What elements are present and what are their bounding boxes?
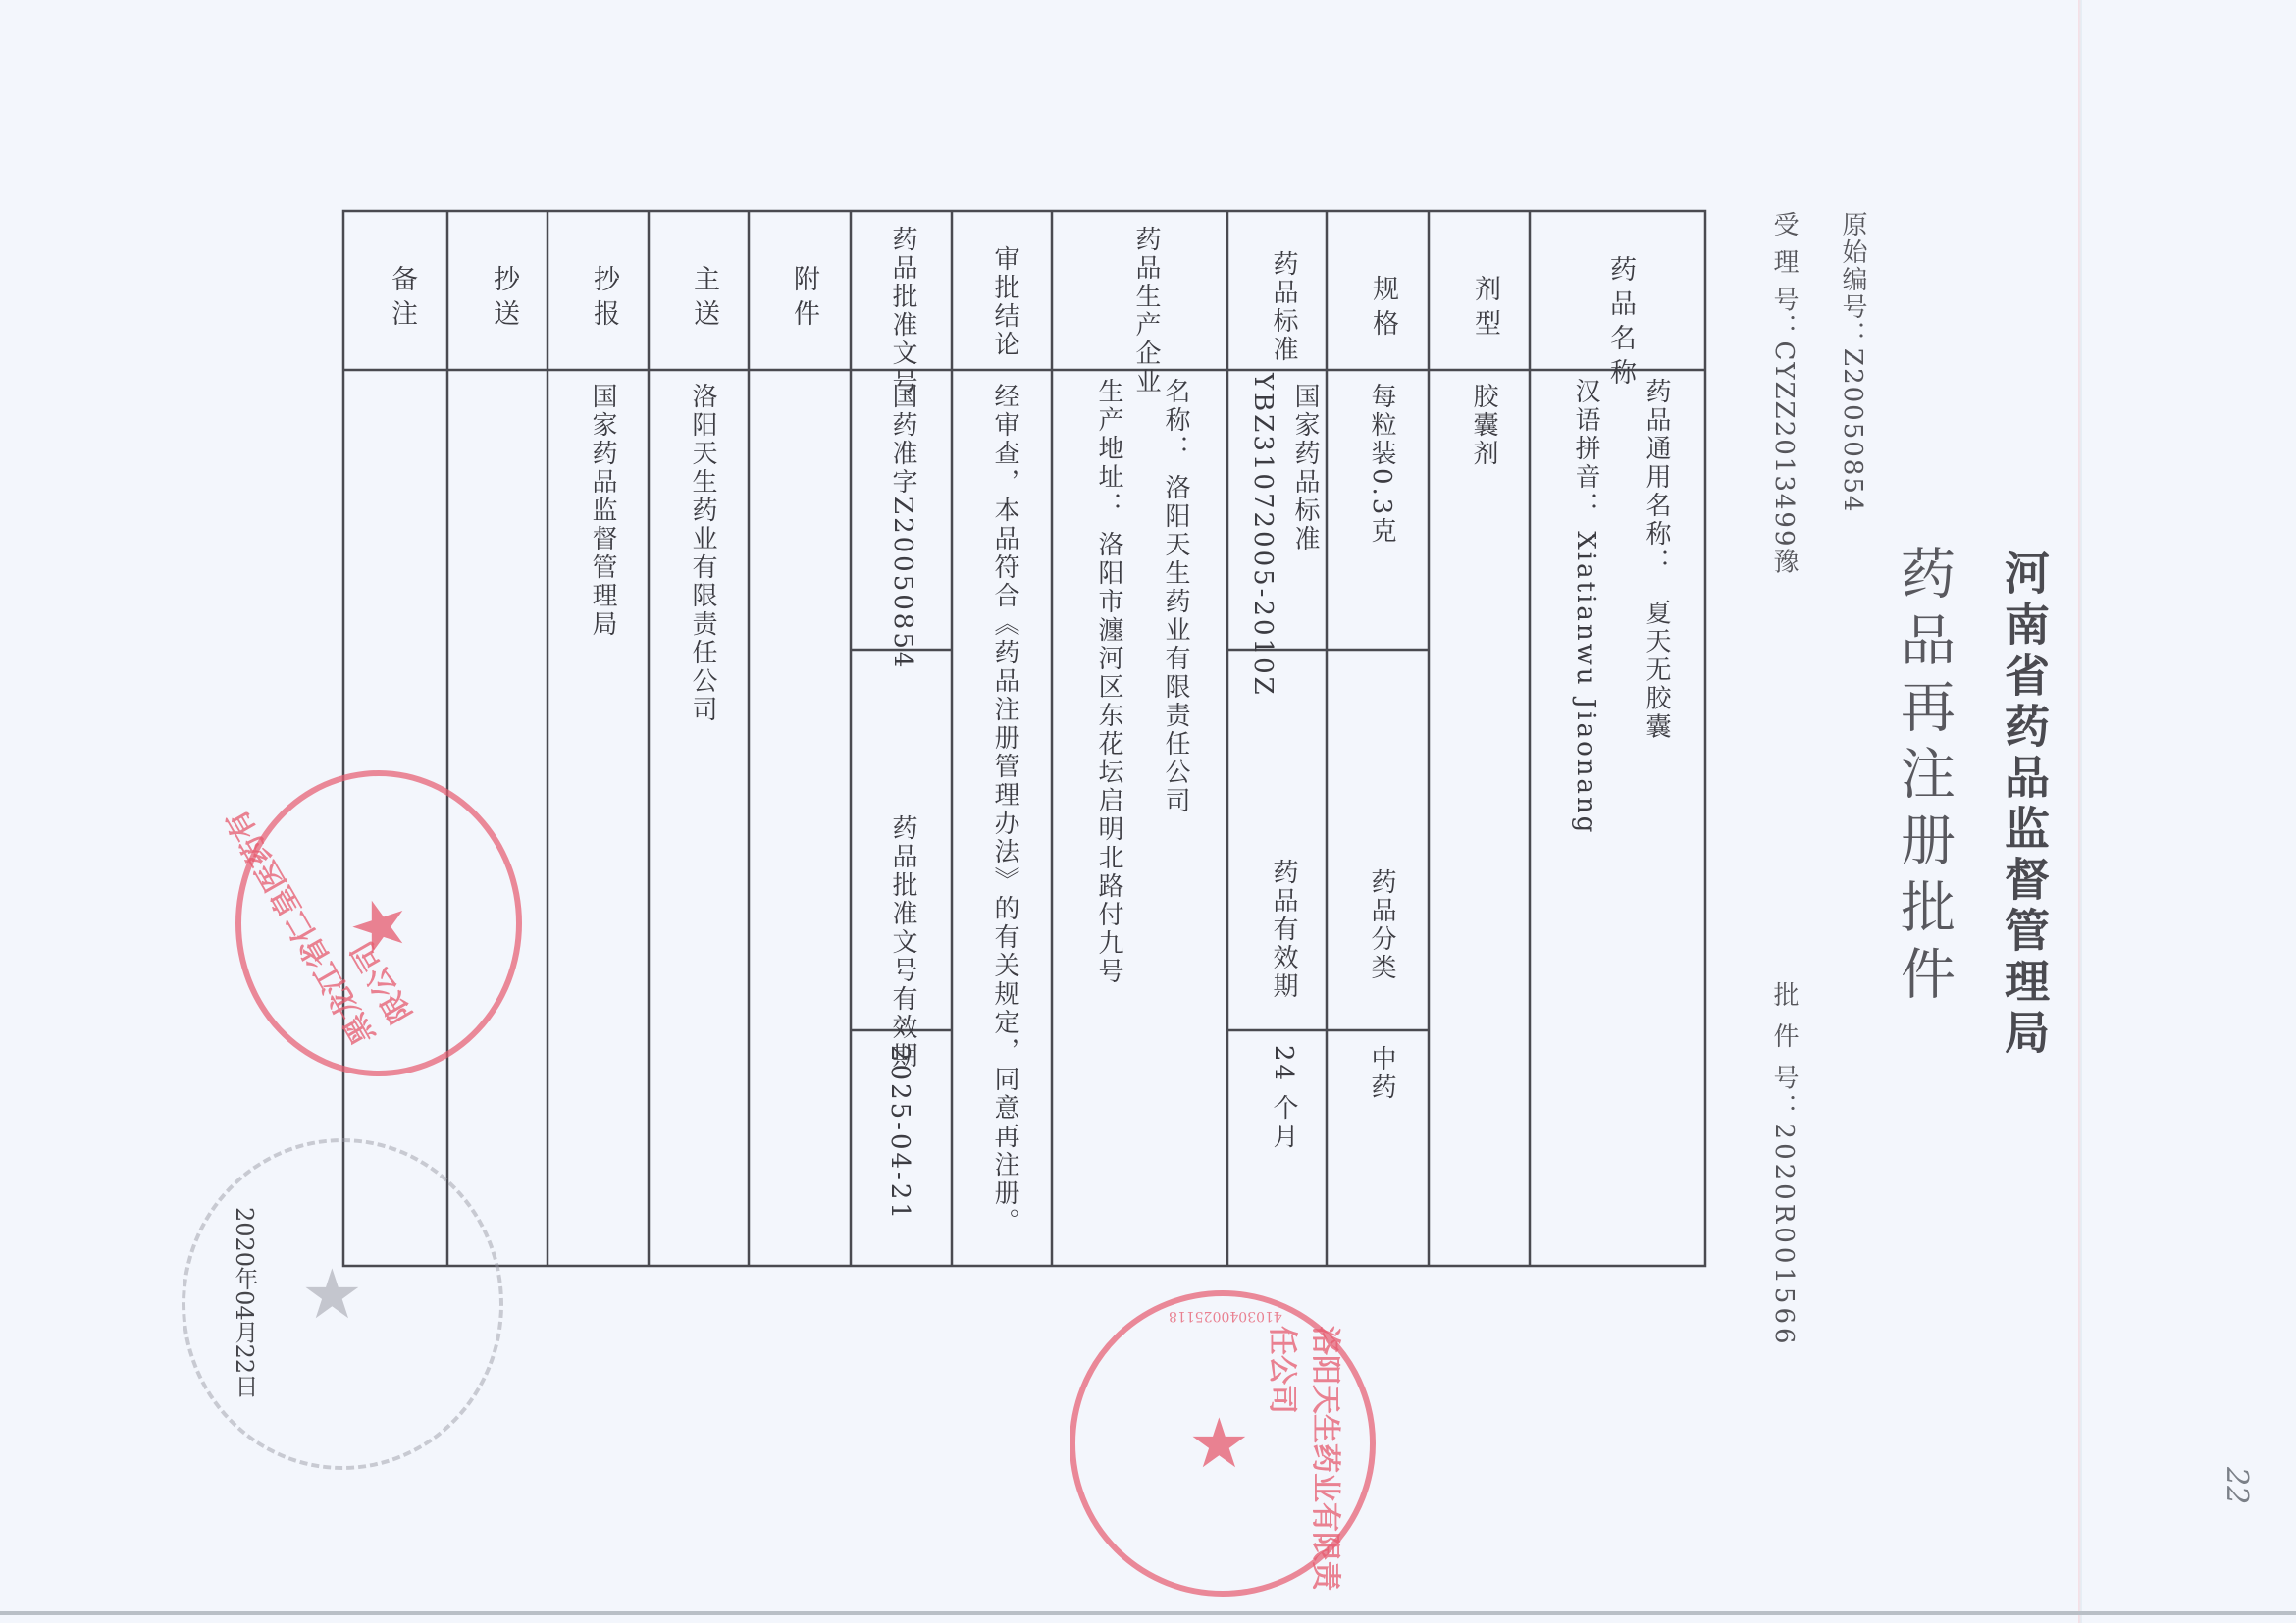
label-standard: 药品标准 [1266,250,1302,364]
spec-value: 每粒装0.3克 [1364,383,1400,546]
dosage-form-value: 胶囊剂 [1466,383,1502,468]
generic-name-value: 夏天无胶囊 [1642,600,1671,742]
company-seal-luoyang: ★ 洛阳天生药业有限责任公司 4103040025118 [1070,1290,1376,1597]
generic-name: 药品通用名称： 夏天无胶囊 [1639,378,1675,742]
manufacturer-name-value: 洛阳天生药业有限责任公司 [1161,474,1190,815]
main-recipient-value: 洛阳天生药业有限责任公司 [685,383,721,724]
pinyin-name: 汉语拼音： Xiatianwu Jiaonang [1568,378,1604,835]
generic-name-label: 药品通用名称： [1642,378,1671,577]
conclusion-value: 经审查，本品符合《药品注册管理办法》的有关规定，同意再注册。 [987,383,1023,1236]
pinyin-label: 汉语拼音： [1571,378,1600,520]
manufacturer-address-value: 洛阳市瀍河区东花坛启明北路付九号 [1094,531,1123,986]
label-classification: 药品分类 [1364,868,1400,982]
label-remarks: 备注 [383,265,421,334]
star-icon: ★ [1188,1409,1250,1478]
label-spec: 规格 [1364,275,1402,343]
label-dosage-form: 剂型 [1466,275,1504,343]
seal-text: 洛阳天生药业有限责任公司 [1264,1326,1350,1591]
issue-date: 2020年04月22日 [228,1207,262,1397]
label-cc: 抄送 [485,265,523,334]
approval-doc-value: 国药准字Z20050854 [885,383,921,670]
validity-value: 24 个月 [1266,1045,1302,1151]
company-seal-heilongjiang: ★ 黑龙江省仁皇医药有限公司 [235,770,522,1076]
report-to-value: 国家药品监督管理局 [585,383,621,639]
standard-line1: 国家药品标准 [1287,383,1324,553]
star-icon: ★ [301,1260,363,1329]
label-approval-doc-validity: 药品批准文号有效期 [885,814,921,1071]
label-approval-doc: 药品批准文号 [885,226,921,396]
label-attachment: 附件 [785,265,823,334]
label-manufacturer: 药品生产企业 [1128,226,1165,396]
pinyin-value: Xiatianwu Jiaonang [1571,531,1600,835]
standard-line2: YBZ31072005-2010Z [1248,373,1278,698]
manufacturer-address-label: 生产地址： [1094,378,1123,520]
label-conclusion: 审批结论 [987,245,1023,359]
handwritten-mark: 22 [2219,1467,2254,1504]
classification-value: 中药 [1364,1045,1400,1102]
label-drug-name: 药品名称 [1601,255,1640,393]
manufacturer-name: 名称： 洛阳天生药业有限责任公司 [1158,378,1194,815]
label-validity: 药品有效期 [1266,859,1302,1001]
label-report-to: 抄报 [585,265,623,334]
seal-code: 4103040025118 [1169,1308,1282,1324]
manufacturer-name-label: 名称： [1161,378,1190,463]
approval-doc-validity-value: 2025-04-21 [885,1045,914,1222]
label-main-recipient: 主送 [685,265,723,334]
manufacturer-address: 生产地址： 洛阳市瀍河区东花坛启明北路付九号 [1091,378,1127,986]
